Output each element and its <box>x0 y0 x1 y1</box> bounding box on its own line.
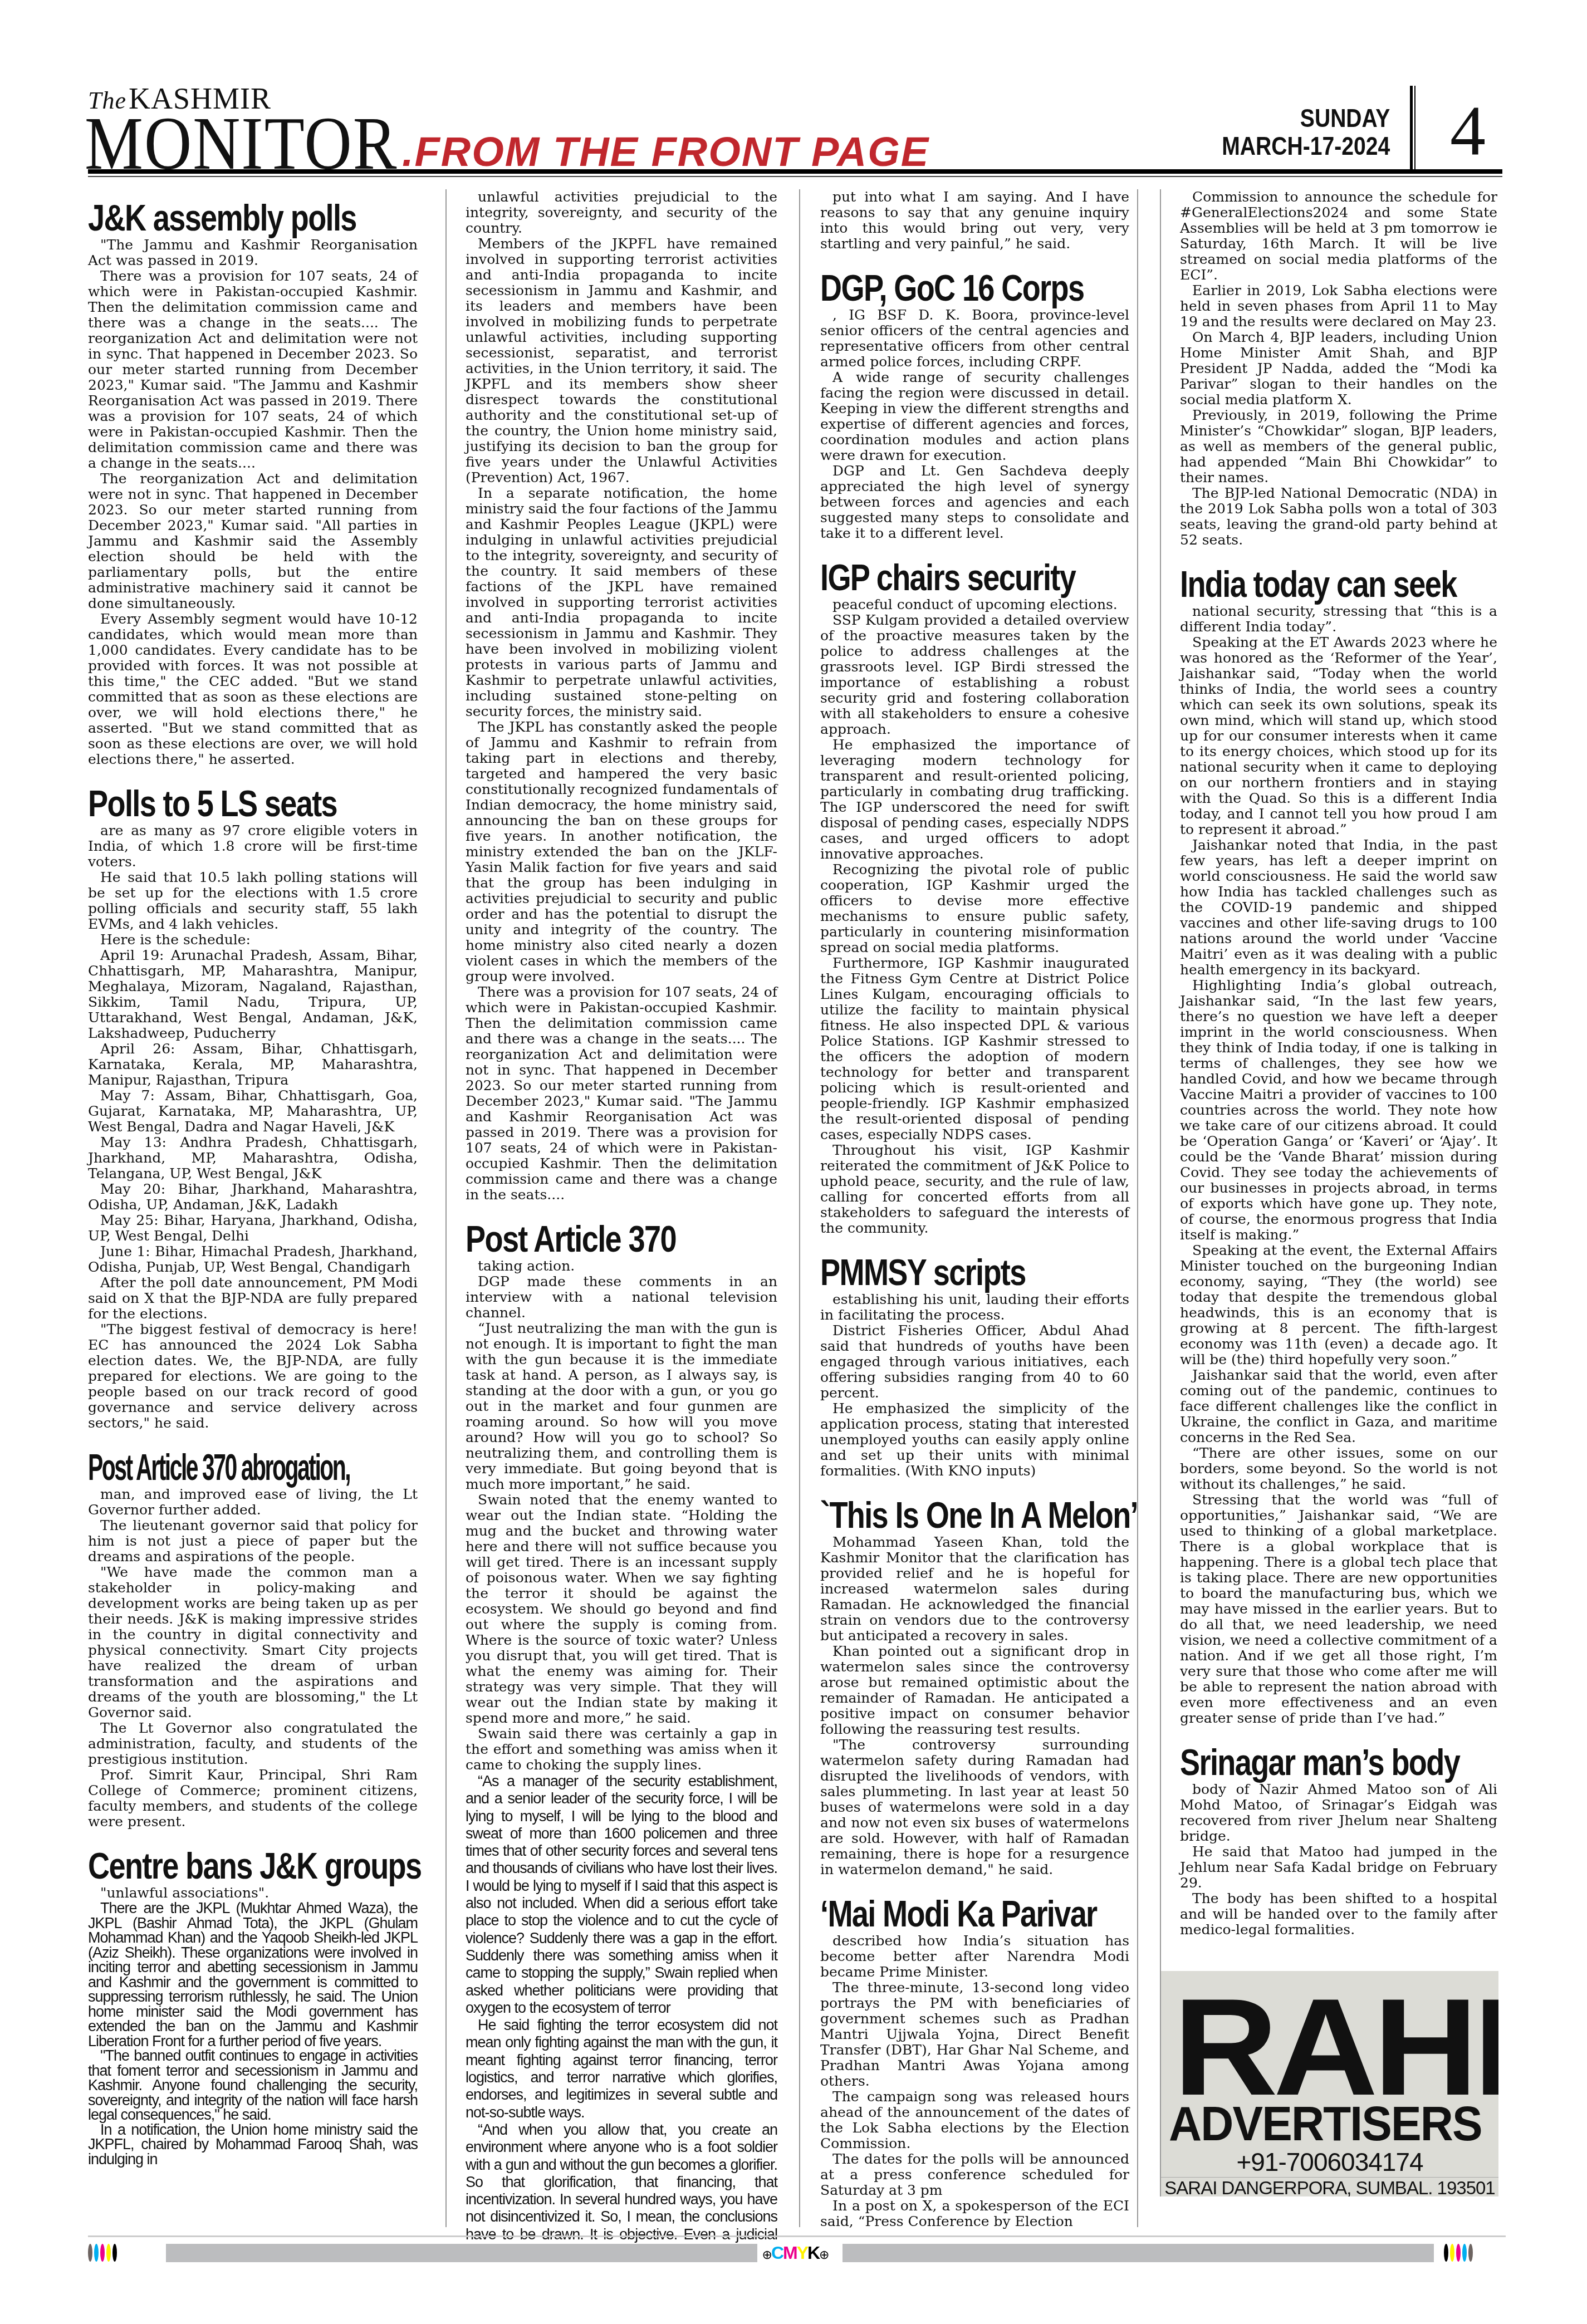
story-centre-bans-continued: unlawful activities prejudicial to the i… <box>466 189 777 1203</box>
headline[interactable]: ‘Mai Modi Ka Parivar <box>820 1895 1074 1932</box>
schedule-item: May 13: Andhra Pradesh, Chhattisgarh, Jh… <box>88 1135 418 1181</box>
paragraph: Prof. Simrit Kaur, Principal, Shri Ram C… <box>88 1767 418 1830</box>
schedule-item: April 19: Arunachal Pradesh, Assam, Biha… <box>88 948 418 1041</box>
paragraph: Speaking at the ET Awards 2023 where he … <box>1180 635 1497 837</box>
paragraph: Speaking at the event, the External Affa… <box>1180 1243 1497 1367</box>
masthead-rule-thin <box>88 176 1502 177</box>
paragraph: "The biggest festival of democracy is he… <box>88 1322 418 1431</box>
story-post-article-370-abrogation: Post Article 370 abrogation, man, and im… <box>88 1449 418 1830</box>
paragraph: "The Jammu and Kashmir Reorganisation Ac… <box>88 237 418 268</box>
paragraph: establishing his unit, lauding their eff… <box>820 1292 1129 1323</box>
paragraph: “As a manager of the security establishm… <box>466 1773 777 2017</box>
issue-date-block: SUNDAY MARCH-17-2024 <box>1222 104 1390 160</box>
story-one-in-a-melon: `This Is One In A Melon’ Mohammad Yaseen… <box>820 1497 1129 1877</box>
story-post-article-370: Post Article 370 taking action. DGP made… <box>466 1220 777 2261</box>
headline[interactable]: PMMSY scripts <box>820 1254 1074 1291</box>
registration-dot-icon <box>1444 2244 1448 2262</box>
headline[interactable]: India today can seek <box>1180 566 1440 602</box>
paragraph: In a post on X, a spokesperson of the EC… <box>820 2198 1129 2229</box>
ad-brand-subtitle: ADVERTISERS <box>1169 2099 1482 2148</box>
paragraph: The dates for the polls will be announce… <box>820 2151 1129 2198</box>
paragraph: The BJP-led National Democratic (NDA) in… <box>1180 486 1497 548</box>
registration-dot-icon <box>106 2244 111 2262</box>
column-1: J&K assembly polls "The Jammu and Kashmi… <box>88 189 418 2227</box>
paragraph: DGP and Lt. Gen Sachdeva deeply apprecia… <box>820 463 1129 541</box>
paragraph: "The banned outfit continues to engage i… <box>88 2048 418 2122</box>
section-title: .FROM THE FRONT PAGE <box>402 128 929 175</box>
headline[interactable]: J&K assembly polls <box>88 199 358 236</box>
paragraph: Mohammad Yaseen Khan, told the Kashmir M… <box>820 1534 1129 1644</box>
paragraph: Swain noted that the enemy wanted to wea… <box>466 1492 777 1726</box>
story-mai-modi-continued: Commission to announce the schedule for … <box>1180 189 1497 548</box>
registration-dot-icon <box>1462 2244 1467 2262</box>
headline[interactable]: `This Is One In A Melon’ <box>820 1497 1074 1533</box>
paragraph: body of Nazir Ahmed Matoo son of Ali Moh… <box>1180 1782 1497 1844</box>
paragraph: The campaign song was released hours ahe… <box>820 2089 1129 2151</box>
registration-dot-icon <box>1456 2244 1461 2262</box>
paragraph: There was a provision for 107 seats, 24 … <box>466 984 777 1203</box>
paragraph: national security, stressing that “this … <box>1180 604 1497 635</box>
headline[interactable]: DGP, GoC 16 Corps <box>820 269 1074 306</box>
schedule-item: April 26: Assam, Bihar, Chhattisgarh, Ka… <box>88 1041 418 1088</box>
paragraph: On March 4, BJP leaders, including Union… <box>1180 330 1497 408</box>
paragraph: Jaishankar said that the world, even aft… <box>1180 1367 1497 1445</box>
issue-day: SUNDAY <box>1222 104 1390 132</box>
schedule-item: May 7: Assam, Bihar, Chhattisgarh, Goa, … <box>88 1088 418 1135</box>
story-dgp-goc-16-corps: DGP, GoC 16 Corps , IG BSF D. K. Boora, … <box>820 269 1129 541</box>
paragraph: Here is the schedule: <box>88 932 418 948</box>
registration-dot-icon <box>1450 2244 1454 2262</box>
paragraph: After the poll date announcement, PM Mod… <box>88 1275 418 1322</box>
paragraph: There are the JKPL (Mukhtar Ahmed Waza),… <box>88 1901 418 2048</box>
crosshair-icon: ⊕ <box>762 2248 771 2262</box>
story-centre-bans-jk-groups: Centre bans J&K groups "unlawful associa… <box>88 1847 418 2166</box>
paragraph: DGP made these comments in an interview … <box>466 1274 777 1321</box>
crosshair-icon: ⊕ <box>819 2248 828 2262</box>
print-bar-left <box>166 2244 757 2262</box>
registration-dot-icon <box>112 2244 117 2262</box>
paragraph: He said that 10.5 lakh polling stations … <box>88 870 418 932</box>
paragraph: The Lt Governor also congratulated the a… <box>88 1720 418 1767</box>
paragraph: Every Assembly segment would have 10-12 … <box>88 611 418 767</box>
paragraph: , IG BSF D. K. Boora, province-level sen… <box>820 307 1129 370</box>
cmyk-m: M <box>783 2243 797 2263</box>
paragraph: Recognizing the pivotal role of public c… <box>820 862 1129 955</box>
story-srinagar-mans-body: Srinagar man’s body body of Nazir Ahmed … <box>1180 1744 1497 1938</box>
paragraph: Earlier in 2019, Lok Sabha elections wer… <box>1180 283 1497 330</box>
paragraph: He emphasized the simplicity of the appl… <box>820 1401 1129 1479</box>
story-mai-modi-ka-parivar: ‘Mai Modi Ka Parivar described how India… <box>820 1895 1129 2229</box>
story-igp-chairs-security: IGP chairs security peaceful conduct of … <box>820 559 1129 1236</box>
paragraph: put into what I am saying. And I have re… <box>820 189 1129 252</box>
paragraph: Throughout his visit, IGP Kashmir reiter… <box>820 1143 1129 1236</box>
paragraph: man, and improved ease of living, the Lt… <box>88 1487 418 1518</box>
paragraph: "The controversy surrounding watermelon … <box>820 1737 1129 1877</box>
paragraph: unlawful activities prejudicial to the i… <box>466 189 777 236</box>
paragraph: He emphasized the importance of leveragi… <box>820 737 1129 862</box>
cmyk-c: C <box>771 2243 783 2263</box>
paragraph: “There are other issues, some on our bor… <box>1180 1445 1497 1492</box>
schedule-item: May 20: Bihar, Jharkhand, Maharashtra, O… <box>88 1181 418 1213</box>
paragraph: “And when you allow that, you create an … <box>466 2121 777 2261</box>
condensed-text: There are the JKPL (Mukhtar Ahmed Waza),… <box>88 1901 418 2166</box>
paragraph: SSP Kulgam provided a detailed overview … <box>820 612 1129 737</box>
headline[interactable]: Polls to 5 LS seats <box>88 785 358 822</box>
headline[interactable]: Centre bans J&K groups <box>88 1847 358 1884</box>
ad-phone-number[interactable]: +91-7006034174 <box>1161 2149 1498 2175</box>
issue-date: MARCH-17-2024 <box>1222 132 1390 160</box>
headline[interactable]: Srinagar man’s body <box>1180 1744 1440 1781</box>
color-registration-right <box>1444 2244 1473 2262</box>
story-post-article-370-continued: put into what I am saying. And I have re… <box>820 189 1129 252</box>
paragraph: Furthermore, IGP Kashmir inaugurated the… <box>820 955 1129 1143</box>
schedule-item: June 1: Bihar, Himachal Pradesh, Jharkha… <box>88 1244 418 1275</box>
paragraph: District Fisheries Officer, Abdul Ahad s… <box>820 1323 1129 1401</box>
page-number: 4 <box>1450 95 1486 166</box>
paragraph: Highlighting India’s global outreach, Ja… <box>1180 978 1497 1243</box>
story-india-today-can-seek: India today can seek national security, … <box>1180 566 1497 1726</box>
cmyk-mark: ⊕CMYK⊕ <box>759 2243 831 2263</box>
paragraph: The JKPL has constantly asked the people… <box>466 719 777 984</box>
story-polls-5-ls-seats: Polls to 5 LS seats are as many as 97 cr… <box>88 785 418 1431</box>
masthead-rule-thick <box>88 169 1502 174</box>
paragraph: Stressing that the world was “full of op… <box>1180 1492 1497 1726</box>
column-2: unlawful activities prejudicial to the i… <box>445 189 777 2227</box>
masthead-divider <box>1410 86 1415 169</box>
cmyk-y: Y <box>797 2243 807 2263</box>
ad-address: SARAI DANGERPORA, SUMBAL. 193501 <box>1161 2179 1498 2196</box>
column-4: Commission to announce the schedule for … <box>1160 189 1497 1971</box>
masthead: TheKASHMIR MONITOR .FROM THE FRONT PAGE … <box>88 84 1502 184</box>
paragraph: A wide range of security challenges faci… <box>820 370 1129 463</box>
paragraph: Khan pointed out a significant drop in w… <box>820 1644 1129 1737</box>
headline[interactable]: Post Article 370 abrogation, <box>88 1449 292 1485</box>
paragraph: Jaishankar noted that India, in the past… <box>1180 837 1497 978</box>
paragraph: The reorganization Act and delimitation … <box>88 471 418 611</box>
condensed-text: “As a manager of the security establishm… <box>466 1773 777 2261</box>
paragraph: The three-minute, 13-second long video p… <box>820 1980 1129 2089</box>
advertisement-rahi[interactable]: RAHI ADVERTISERS +91-7006034174 SARAI DA… <box>1160 1971 1498 2196</box>
footer-rule <box>88 2235 1506 2237</box>
paragraph: The body has been shifted to a hospital … <box>1180 1891 1497 1938</box>
paragraph: Swain said there was certainly a gap in … <box>466 1726 777 1773</box>
ad-brand-name: RAHI <box>1173 1978 1498 2116</box>
paragraph: taking action. <box>466 1258 777 1274</box>
paragraph: There was a provision for 107 seats, 24 … <box>88 268 418 471</box>
paragraph: He said that Matoo had jumped in the Jeh… <box>1180 1844 1497 1891</box>
paragraph: peaceful conduct of upcoming elections. <box>820 597 1129 612</box>
paragraph: Previously, in 2019, following the Prime… <box>1180 408 1497 486</box>
color-registration-left <box>88 2244 117 2262</box>
registration-dot-icon <box>1468 2244 1473 2262</box>
paragraph: “Just neutralizing the man with the gun … <box>466 1321 777 1492</box>
paragraph: "unlawful associations". <box>88 1885 418 1901</box>
paragraph: Commission to announce the schedule for … <box>1180 189 1497 283</box>
schedule-item: May 25: Bihar, Haryana, Jharkhand, Odish… <box>88 1213 418 1244</box>
paragraph: In a separate notification, the home min… <box>466 486 777 719</box>
story-jk-assembly-polls: J&K assembly polls "The Jammu and Kashmi… <box>88 199 418 767</box>
paragraph: The lieutenant governor said that policy… <box>88 1518 418 1565</box>
story-pmmsy-scripts: PMMSY scripts establishing his unit, lau… <box>820 1254 1129 1479</box>
registration-dot-icon <box>94 2244 99 2262</box>
paragraph: are as many as 97 crore eligible voters … <box>88 823 418 870</box>
registration-dot-icon <box>88 2244 92 2262</box>
cmyk-k: K <box>807 2243 819 2263</box>
headline[interactable]: Post Article 370 <box>466 1220 721 1257</box>
print-bar-right <box>843 2244 1434 2262</box>
paragraph: In a notification, the Union home minist… <box>88 2122 418 2167</box>
paragraph: He said fighting the terror ecosystem di… <box>466 2017 777 2121</box>
paragraph: Members of the JKPFL have remained invol… <box>466 236 777 486</box>
column-3: put into what I am saying. And I have re… <box>799 189 1138 2227</box>
paragraph: described how India’s situation has beco… <box>820 1933 1129 1980</box>
registration-dot-icon <box>100 2244 105 2262</box>
paragraph: "We have made the common man a stakehold… <box>88 1565 418 1720</box>
headline[interactable]: IGP chairs security <box>820 559 1074 596</box>
